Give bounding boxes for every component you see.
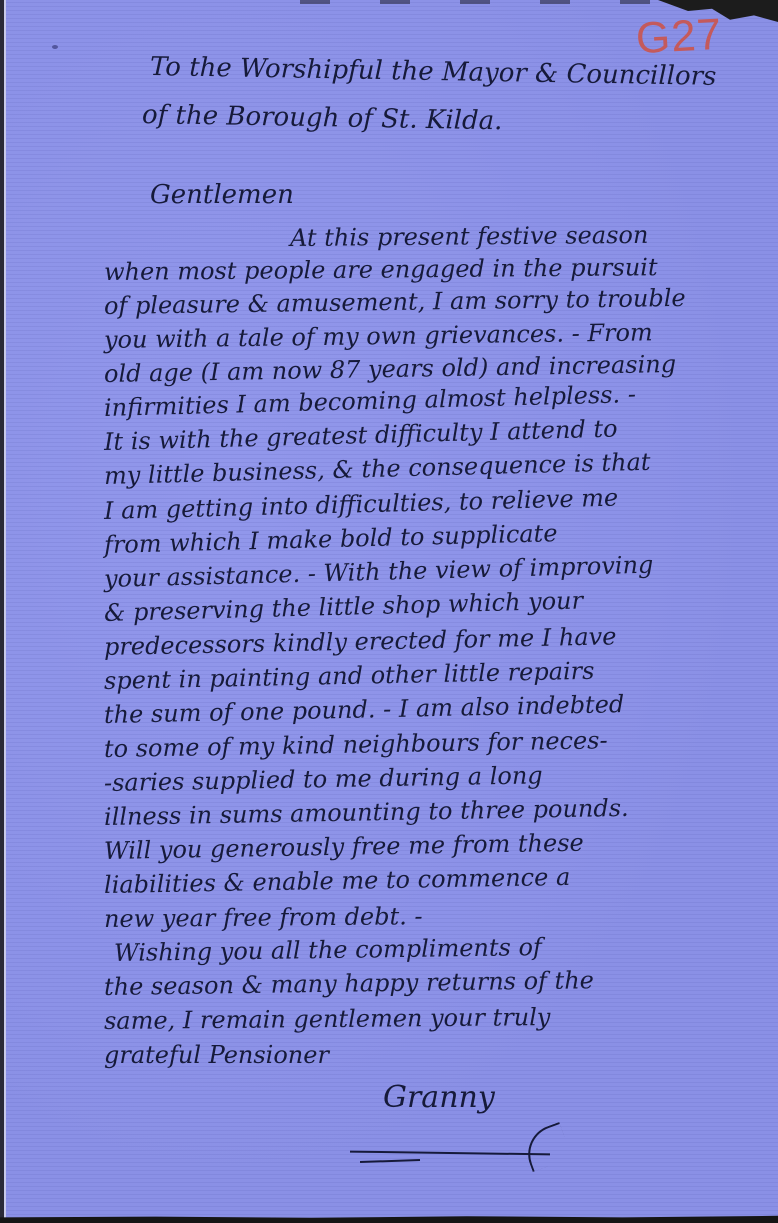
- body-line: my little business, & the consequence is…: [104, 448, 651, 490]
- bottom-torn-edge: [0, 1215, 778, 1223]
- body-line: predecessors kindly erected for me I hav…: [104, 622, 617, 661]
- body-line: new year free from debt. -: [104, 902, 423, 933]
- ink-smudge: [52, 45, 58, 49]
- body-line: grateful Pensioner: [104, 1041, 329, 1069]
- signature-flourish: [520, 1122, 572, 1172]
- page-left-margin-strip: [4, 0, 6, 1223]
- body-line: spent in painting and other little repai…: [104, 657, 595, 695]
- address-line-1: To the Worshipful the Mayor & Councillor…: [150, 52, 717, 92]
- body-line: -saries supplied to me during a long: [104, 761, 543, 797]
- body-line: Wishing you all the compliments of: [114, 933, 542, 967]
- body-line: Will you generously free me from these: [104, 829, 584, 865]
- body-line: when most people are engaged in the purs…: [104, 253, 658, 286]
- body-line: same, I remain gentlemen your truly: [104, 1003, 551, 1035]
- signature-underline-stroke: [360, 1159, 420, 1163]
- body-line: the sum of one pound. - I am also indebt…: [104, 690, 625, 729]
- body-line: liabilities & enable me to commence a: [104, 863, 571, 899]
- body-line: At this present festive season: [290, 221, 649, 252]
- top-edge-marks: [300, 0, 680, 4]
- body-line: the season & many happy returns of the: [104, 966, 594, 1001]
- body-line: you with a tale of my own grievances. - …: [104, 318, 653, 354]
- body-line: of pleasure & amusement, I am sorry to t…: [104, 284, 686, 320]
- body-line: illness in sums amounting to three pound…: [104, 794, 629, 831]
- salutation: Gentlemen: [150, 180, 294, 210]
- body-line: from which I make bold to supplicate: [104, 519, 558, 559]
- signature: Granny: [383, 1080, 495, 1115]
- address-line-2: of the Borough of St. Kilda.: [142, 100, 503, 136]
- body-line: to some of my kind neighbours for neces-: [104, 726, 608, 763]
- letter-page: G27 To the Worshipful the Mayor & Counci…: [0, 0, 778, 1223]
- archive-reference-mark: G27: [635, 10, 724, 64]
- signature-underline: [350, 1151, 550, 1156]
- body-line: & preserving the little shop which your: [104, 586, 584, 627]
